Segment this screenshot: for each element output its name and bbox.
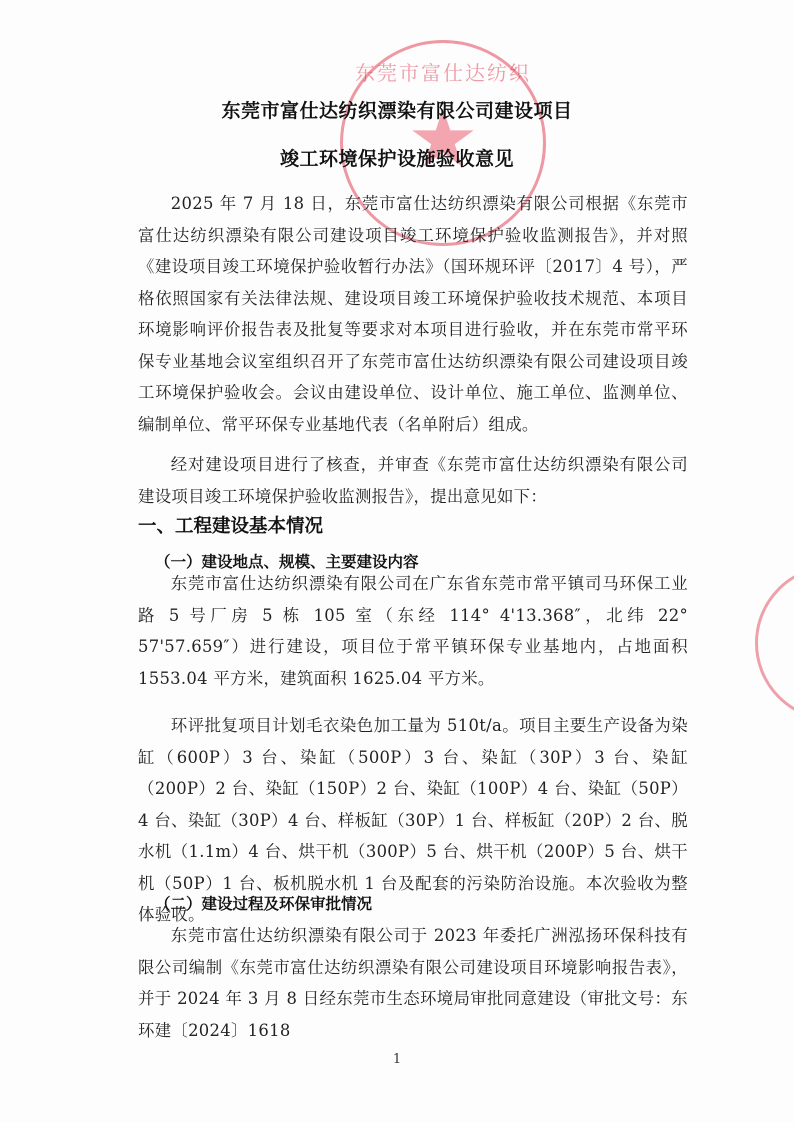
section-heading-1: 一、工程建设基本情况 [138, 512, 323, 538]
seal-ring-text: 东莞市富仕达纺织 [343, 57, 543, 86]
document-title-line-1: 东莞市富仕达纺织漂染有限公司建设项目 [0, 96, 794, 123]
intro-paragraph: 2025 年 7 月 18 日，东莞市富仕达纺织漂染有限公司根据《东莞市富仕达纺… [138, 188, 688, 440]
subsection-heading-2: （二）建设过程及环保审批情况 [155, 892, 372, 914]
page-number: 1 [0, 1052, 794, 1067]
review-paragraph: 经对建设项目进行了核查，并审查《东莞市富仕达纺织漂染有限公司建设项目竣工环境保护… [138, 449, 688, 512]
approval-paragraph: 东莞市富仕达纺织漂染有限公司于 2023 年委托广洲泓扬环保科技有限公司编制《东… [138, 920, 688, 1046]
document-page: 东莞市富仕达纺织 ★ 东莞市富仕达纺织漂染有限公司建设项目 竣工环境保护设施验收… [0, 0, 794, 1123]
location-paragraph: 东莞市富仕达纺织漂染有限公司在广东省东莞市常平镇司马环保工业路 5 号厂房 5 … [138, 568, 688, 694]
document-title-line-2: 竣工环境保护设施验收意见 [0, 144, 794, 171]
edge-seal-stamp [755, 565, 794, 721]
